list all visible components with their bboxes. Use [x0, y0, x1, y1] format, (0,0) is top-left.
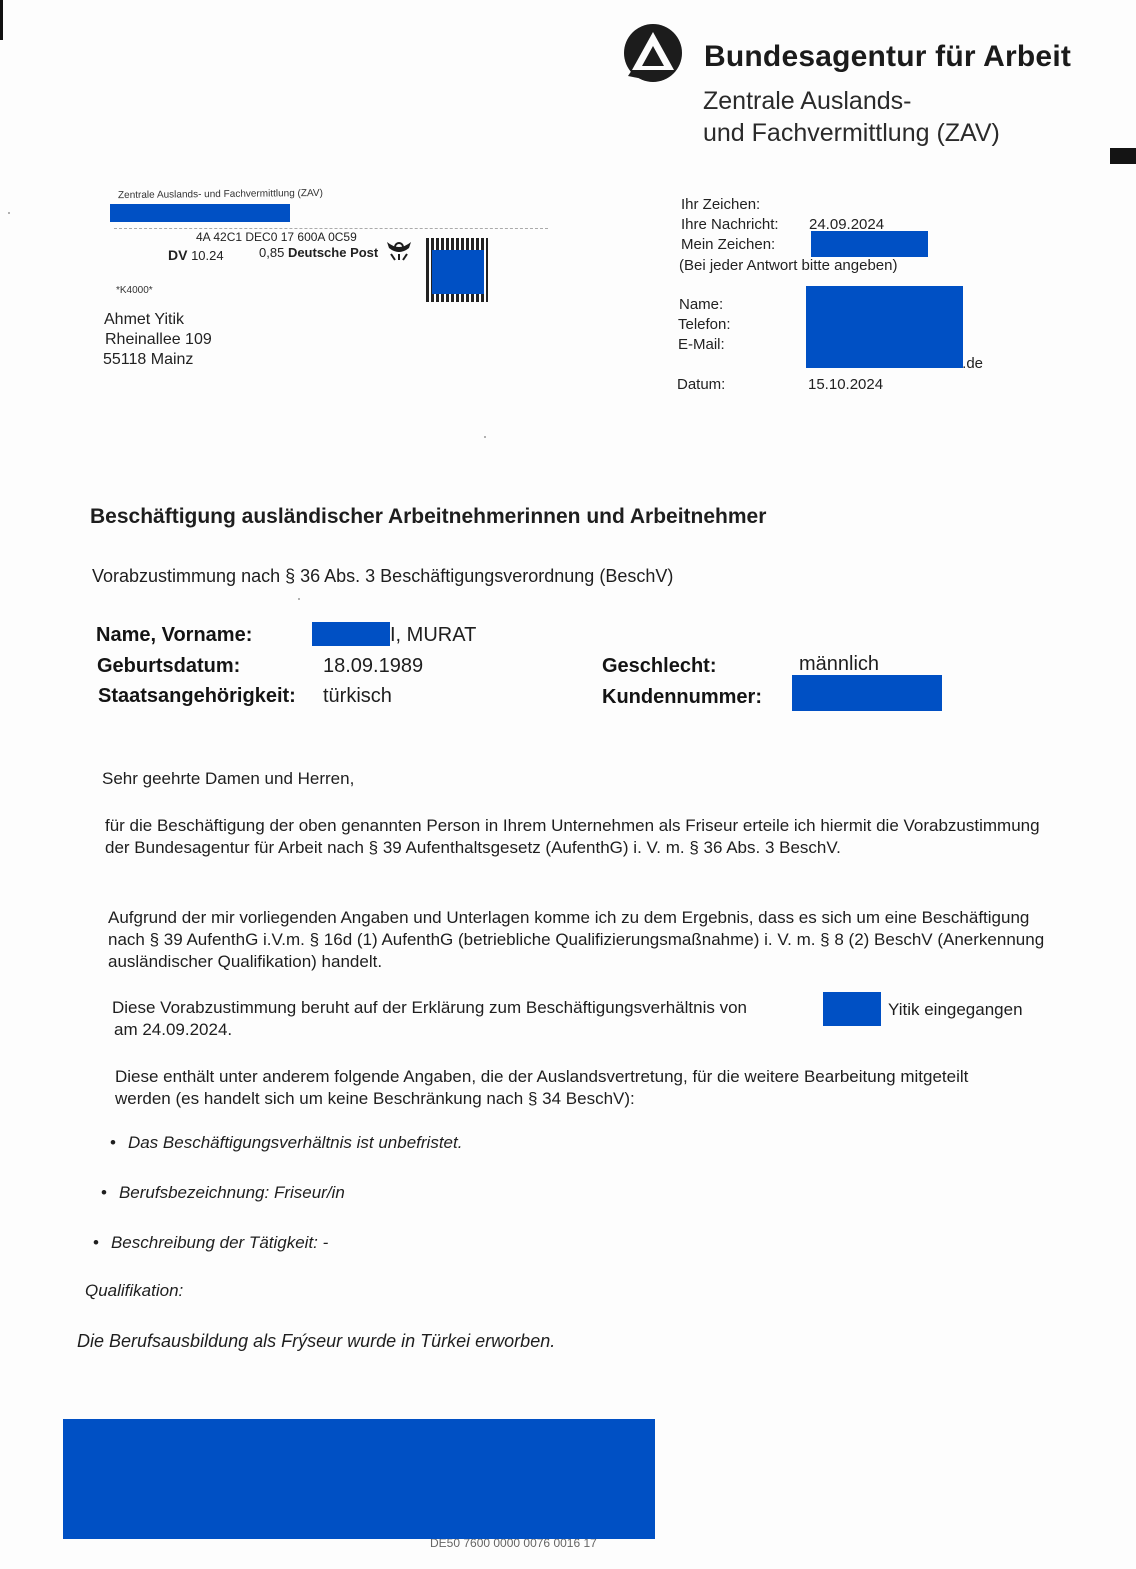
paragraph-3-line-1: Diese Vorabzustimmung beruht auf der Erk… — [112, 997, 747, 1019]
gender-field-label: Geschlecht: — [602, 655, 716, 678]
department-line-2: und Fachvermittlung (ZAV) — [703, 119, 1000, 147]
name-field-label: Name, Vorname: — [96, 624, 252, 647]
scan-speck — [484, 436, 486, 438]
postage-amount: 0,85 — [259, 245, 284, 260]
customer-number-label: Kundennummer: — [602, 686, 762, 709]
redaction-sender-address — [110, 204, 290, 222]
sender-line: Zentrale Auslands- und Fachvermittlung (… — [118, 188, 323, 201]
bullet-item: •Beschreibung der Tätigkeit: - — [93, 1233, 328, 1253]
ihre-nachricht-label: Ihre Nachricht: — [681, 216, 779, 233]
qualification-text: Die Berufsausbildung als Frýseur wurde i… — [77, 1331, 555, 1352]
salutation: Sehr geehrte Damen und Herren, — [102, 768, 354, 790]
redaction-datamatrix — [432, 250, 484, 294]
bullet-text: Das Beschäftigungsverhältnis ist unbefri… — [128, 1133, 463, 1152]
postage-dv-date: 10.24 — [191, 248, 224, 263]
birth-field-label: Geburtsdatum: — [97, 655, 240, 678]
bullet-item: •Berufsbezeichnung: Friseur/in — [101, 1183, 345, 1203]
mein-zeichen-label: Mein Zeichen: — [681, 236, 775, 253]
subject-subtitle: Vorabzustimmung nach § 36 Abs. 3 Beschäf… — [92, 566, 673, 587]
redaction-contact — [806, 286, 963, 368]
postage-price: 0,85 Deutsche Post — [259, 245, 378, 260]
bullet-text: Berufsbezeichnung: Friseur/in — [119, 1183, 345, 1202]
postage-dv: DV 10.24 — [168, 247, 224, 263]
gender-field-value: männlich — [799, 653, 879, 676]
reply-note: (Bei jeder Antwort bitte angeben) — [679, 257, 897, 274]
recipient-name: Ahmet Yitik — [104, 311, 184, 329]
fold-mark — [1110, 148, 1136, 164]
postage-carrier: Deutsche Post — [288, 245, 378, 260]
bullet-text: Beschreibung der Tätigkeit: - — [111, 1233, 328, 1252]
department-line-1: Zentrale Auslands- — [703, 87, 911, 115]
posthorn-icon — [385, 238, 413, 262]
paragraph-3-line-2: am 24.09.2024. — [114, 1019, 232, 1041]
organization-name: Bundesagentur für Arbeit — [704, 40, 1071, 74]
nationality-field-label: Staatsangehörigkeit: — [98, 685, 296, 708]
department-name: Zentrale Auslands- und Fachvermittlung (… — [703, 85, 1000, 149]
paragraph-1: für die Beschäftigung der oben genannten… — [105, 815, 1045, 859]
redaction-footer — [63, 1419, 655, 1539]
redaction-employer-firstname — [823, 992, 881, 1026]
scan-speck — [8, 212, 10, 214]
redaction-customer-number — [792, 675, 942, 711]
subject-title: Beschäftigung ausländischer Arbeitnehmer… — [90, 505, 766, 529]
bullet-item: •Das Beschäftigungsverhältnis ist unbefr… — [110, 1133, 462, 1153]
routing-code: *K4000* — [116, 285, 153, 296]
scan-speck — [298, 598, 300, 600]
ihr-zeichen-label: Ihr Zeichen: — [681, 196, 760, 213]
datum-label: Datum: — [677, 376, 725, 393]
ba-logo-icon — [624, 24, 682, 82]
paragraph-4: Diese enthält unter anderem folgende Ang… — [115, 1066, 1015, 1110]
redaction-mein-zeichen — [811, 231, 928, 257]
telefon-label: Telefon: — [678, 316, 731, 333]
name-label: Name: — [679, 296, 723, 313]
postage-code: 4A 42C1 DEC0 17 600A 0C59 — [196, 230, 357, 244]
divider — [114, 228, 548, 229]
redaction-surname — [312, 622, 390, 646]
birth-field-value: 18.09.1989 — [323, 655, 423, 678]
email-label: E-Mail: — [678, 336, 725, 353]
paragraph-2: Aufgrund der mir vorliegenden Angaben un… — [108, 907, 1068, 973]
name-field-value: I, MURAT — [390, 624, 476, 647]
nationality-field-value: türkisch — [323, 685, 392, 708]
postage-dv-label: DV — [168, 247, 187, 263]
datum-value: 15.10.2024 — [808, 376, 883, 393]
recipient-street: Rheinallee 109 — [105, 331, 212, 349]
qualification-label: Qualifikation: — [85, 1281, 183, 1301]
recipient-city: 55118 Mainz — [103, 351, 193, 369]
scan-edge-mark — [0, 0, 3, 40]
paragraph-3-after: Yitik eingegangen — [888, 999, 1023, 1021]
